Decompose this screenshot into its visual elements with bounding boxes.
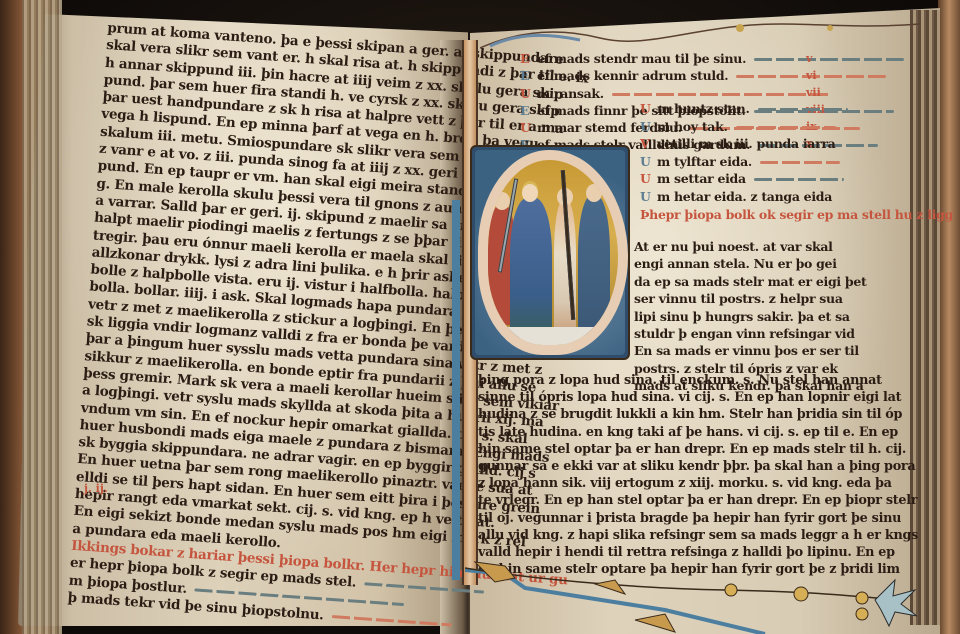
chapter-entry: Eef mads stendr mau til þe sinu. <box>520 50 904 67</box>
text-line: valld hepir i hendi til rettra refsinga … <box>478 544 918 561</box>
chapter-numeral: vi <box>806 69 817 82</box>
text-line: At er nu þui noest. at var skal <box>634 238 866 255</box>
margin-numeral: j. ij. <box>84 482 108 495</box>
text-line: allu vid kng. z hapi slika refsingr sem … <box>478 527 918 544</box>
line-filler <box>736 126 836 129</box>
chapter-entry: Um hetar eida. z tanga eida <box>640 188 953 206</box>
line-filler <box>754 178 844 181</box>
capital-letter: U <box>640 118 652 135</box>
capital-letter: U <box>520 85 532 102</box>
capital-letter: U <box>640 188 652 205</box>
figure-head <box>494 192 510 210</box>
ground <box>488 327 618 345</box>
figure-bearded-man <box>578 196 610 336</box>
initial-stem-blue <box>452 200 460 580</box>
text-line: tis late hudina. en kng taki af þe hans.… <box>478 424 918 441</box>
text-line: ser vinnu til postrs. z helpr sua <box>634 290 866 307</box>
line-filler <box>331 615 451 626</box>
bottom-flourish <box>465 560 925 634</box>
capital-letter: U <box>640 100 652 117</box>
capital-letter: U <box>640 170 652 187</box>
text-line: þing pora z lopa hud sina. til enckum. s… <box>478 372 918 389</box>
left-page-edges <box>22 0 62 634</box>
text-line: hudina z se brugdit lukkli a kin hm. Ste… <box>478 406 918 423</box>
capital-letter: E <box>520 102 532 119</box>
text-line: En sa mads er vinnu þos er ser til <box>634 342 866 359</box>
chapter-entry: Um settar eida <box>640 170 953 188</box>
chapter-list-2: Um huntz stan. Um hoy tak. Vvetilli m sk… <box>640 100 953 223</box>
book-cover-right <box>938 0 960 634</box>
text-line: sinne til ópris lopa hud sina. vi cij. s… <box>478 389 918 406</box>
text-line: hin same stel optar þa er han drepr. En … <box>478 441 918 458</box>
line-filler <box>758 108 848 111</box>
capital-letter: V <box>640 135 652 152</box>
text-line: stuldr þ engan vinn refsingar vid <box>634 325 866 342</box>
top-flourish <box>480 20 920 50</box>
capital-letter: E <box>520 67 532 84</box>
chapter-entry: Um tylftar eida. <box>640 153 953 171</box>
line-filler <box>754 58 904 61</box>
chapter-entry: Vvetilli m sk iii. punda iarra <box>640 135 953 153</box>
chapter-numeral: v <box>806 52 812 65</box>
text-line: gunnar sa e ekki var at sliku kendr þþr.… <box>478 458 918 475</box>
figure-head <box>522 184 538 202</box>
figure-woman-blue <box>510 198 552 338</box>
text-line: z lopa hann sik. viij ertogum z xiij. mo… <box>478 475 918 492</box>
figure-head <box>586 184 602 202</box>
chapter-entry: Eef mads kennir adrum stuld. <box>520 67 904 84</box>
rubric-heading: Þhepr þiopa bolk ok segir ep ma stell hu… <box>640 206 953 224</box>
body-text-below-initial: þing pora z lopa hud sina. til enckum. s… <box>478 372 918 578</box>
text-line: til oj. vegunnar i þrista bragde þa hepi… <box>478 510 918 527</box>
line-filler <box>760 161 840 164</box>
line-filler <box>612 93 832 96</box>
chapter-entry: Um huntz stan. <box>640 100 953 118</box>
capital-letter: U <box>520 119 532 136</box>
text-line: engi annan stela. Nu er þo gei <box>634 255 866 272</box>
chapter-entry: Um hoy tak. <box>640 118 953 136</box>
text-line: da ep sa mads stelr mat er eigi þet <box>634 273 866 290</box>
chapter-numeral: vii <box>806 86 821 99</box>
text-line: te vrlegr. En ep han stel optar þa er ha… <box>478 492 918 509</box>
capital-letter: U <box>640 153 652 170</box>
text-line: lipi sinu þ hungrs sakir. þa et sa <box>634 308 866 325</box>
capital-letter: E <box>520 50 532 67</box>
